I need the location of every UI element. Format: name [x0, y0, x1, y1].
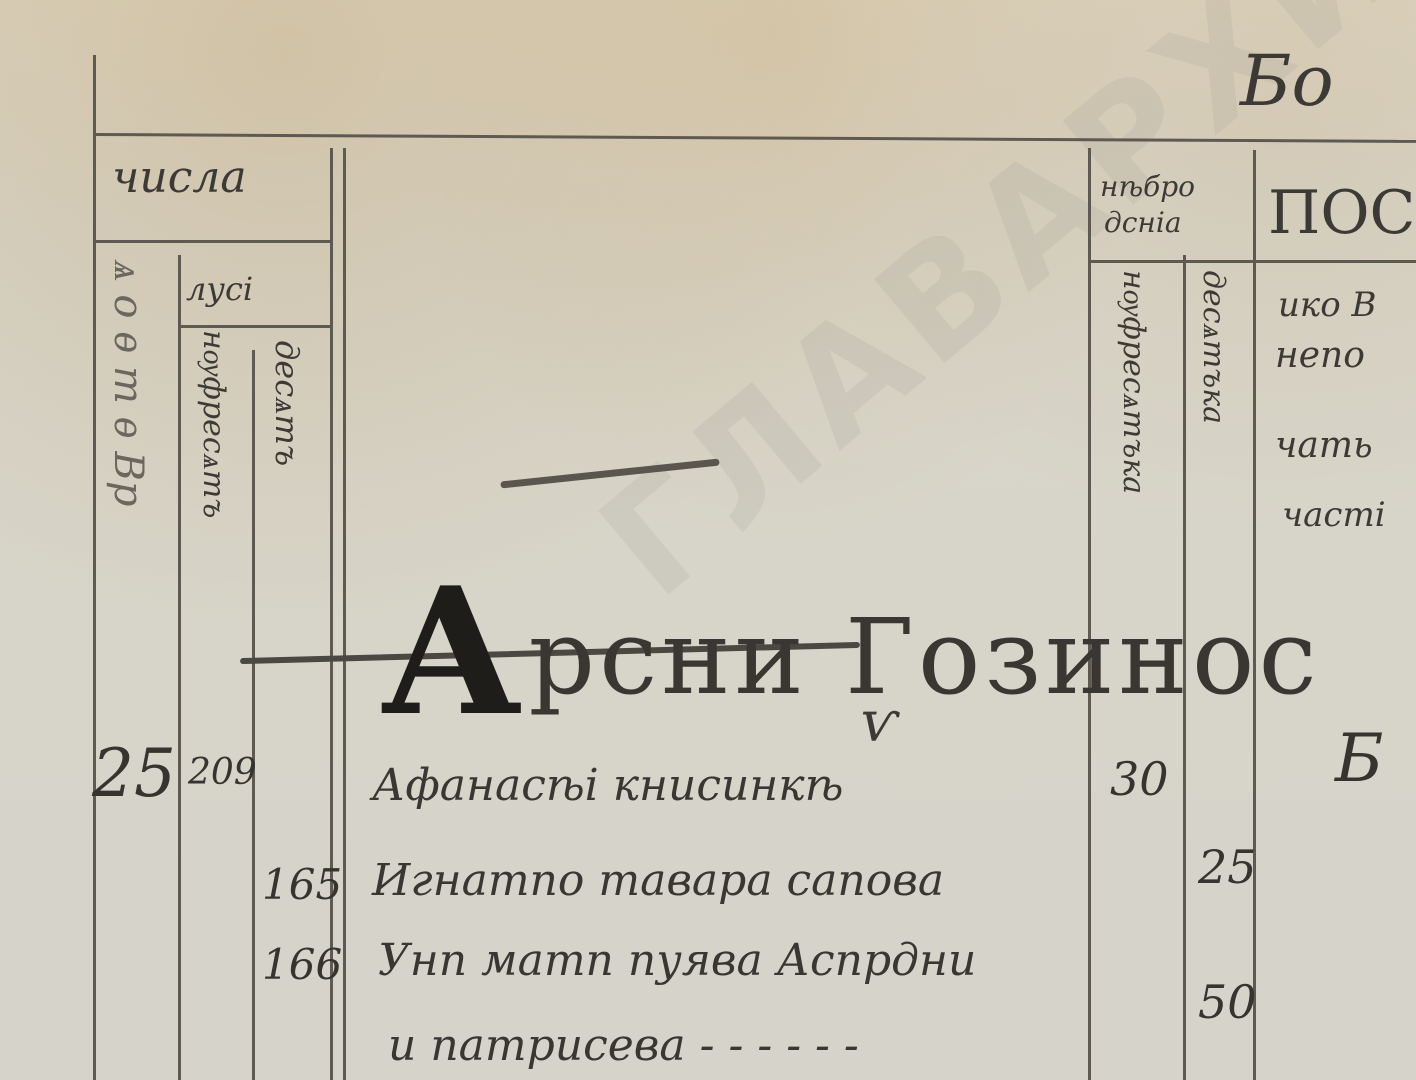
entry-amount-col2: 25 — [1198, 840, 1257, 894]
header-right-col-line2: дсніа — [1104, 206, 1182, 239]
entry-number: 165 — [262, 860, 342, 909]
entry-number: 209 — [188, 752, 257, 793]
header-vertical-left: ѧ о ѳ т ѳ Вр — [105, 260, 152, 680]
entry-group-number: 25 — [92, 735, 176, 812]
ledger-title: Арсни Гозинос — [380, 530, 1321, 735]
manuscript-page: ГЛАВАРХИВ числа лусі ѧ о ѳ т ѳ Вр нѹфрес… — [0, 0, 1416, 1080]
rule-header-bottom-left — [93, 240, 333, 243]
rule-col-number-left — [178, 255, 181, 1080]
rule-col-divider-2 — [343, 148, 346, 1080]
title-text: рсни Гозинос — [529, 596, 1321, 718]
rule-top-header — [93, 133, 1416, 143]
rule-col-number-mid — [252, 350, 255, 1080]
title-superscript: ѵ — [860, 690, 898, 755]
rule-subheader — [180, 325, 332, 328]
entry-text: Игнатпо тавара сапова — [372, 855, 944, 906]
header-right-col-line1: нѣбро — [1100, 170, 1195, 203]
entry-text: Афанасѣі книсинкѣ — [372, 760, 843, 811]
header-numbers-label: числа — [112, 152, 247, 203]
header-far-right-title: ПОС — [1268, 178, 1415, 248]
header-subheader-label: лусі — [186, 270, 253, 308]
entry-text: Унп матп пуява Аспрдни — [378, 935, 976, 986]
rule-right-header-bottom — [1090, 260, 1416, 263]
header-vertical-right: десѧтъ — [268, 340, 306, 590]
entry-number: 166 — [262, 940, 342, 989]
entry-amount-col1: 30 — [1110, 752, 1169, 806]
title-initial: А — [380, 550, 527, 755]
header-far-right-line-1: ико В — [1278, 285, 1376, 325]
title-overline — [500, 459, 720, 489]
rule-left-margin — [93, 55, 96, 1080]
header-far-right-line-2: непо — [1275, 335, 1365, 376]
top-right-flourish: Бо — [1240, 40, 1334, 122]
entry-amount-col2: 50 — [1198, 975, 1257, 1029]
entry-right-note: Б — [1335, 720, 1384, 797]
header-far-right-line-3: чать — [1275, 425, 1373, 466]
entry-text: и патрисева - - - - - - — [388, 1020, 859, 1071]
header-far-right-line-4: часті — [1282, 495, 1386, 535]
header-vertical-mid: нѹфресѧтъ — [196, 330, 231, 650]
